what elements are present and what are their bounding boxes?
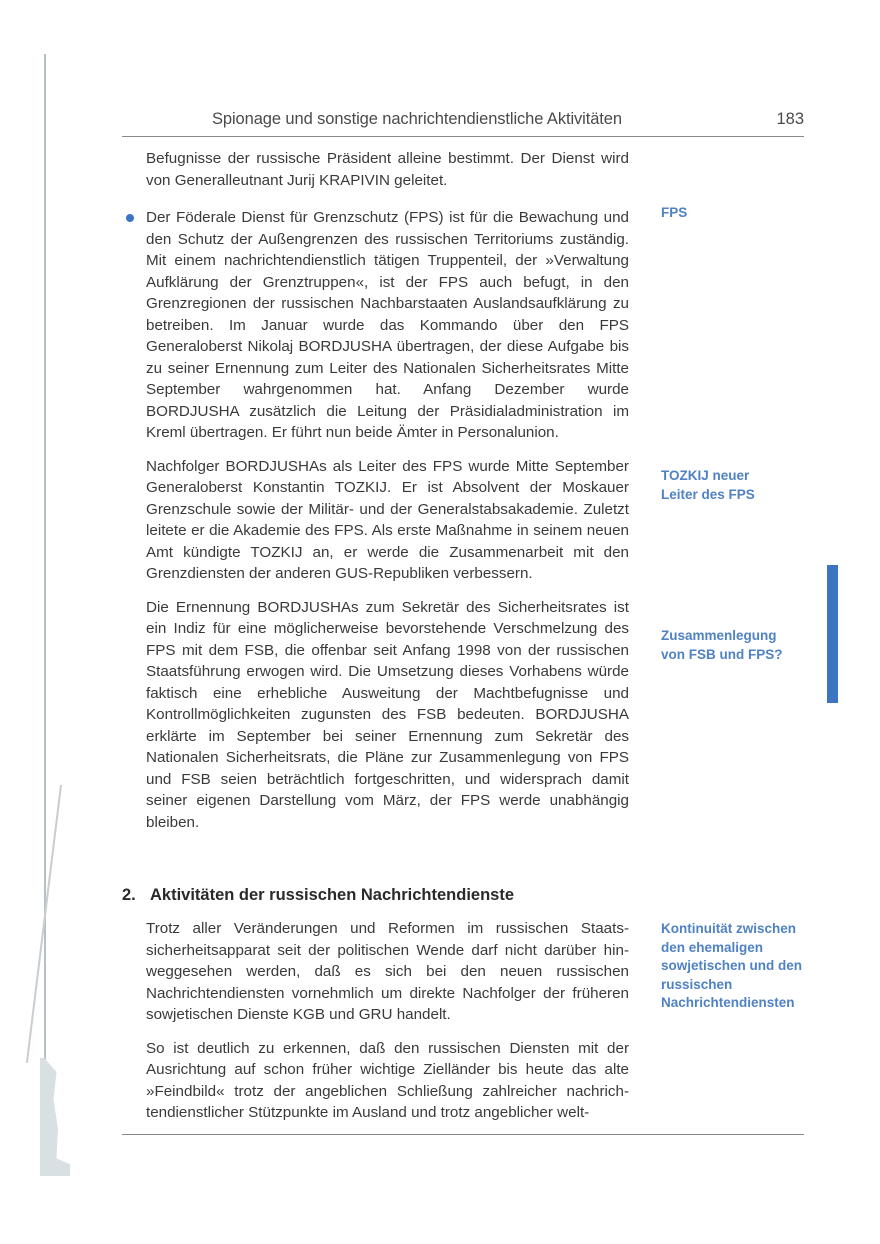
header-rule: [122, 136, 804, 137]
binding-tear: [40, 1058, 70, 1176]
section-heading: 2. Aktivitäten der russischen Nachrichte…: [122, 886, 629, 905]
running-head: Spionage und sonstige nachrichtendienstl…: [140, 108, 804, 134]
footer-rule: [122, 1134, 804, 1135]
page-number: 183: [776, 110, 804, 129]
margin-note-tozkij: TOZKIJ neuer Leiter des FPS: [661, 467, 781, 504]
paragraph-merger: Die Ernennung BORDJUSHAs zum Sekretär de…: [146, 597, 629, 834]
paragraph-continued: Befugnisse der russische Präsident allei…: [146, 148, 629, 191]
paragraph-tozkij: Nachfolger BORDJUSHAs als Leiter des FPS…: [146, 456, 629, 585]
paragraph-feindbild: So ist deutlich zu erkennen, daß den rus…: [146, 1038, 629, 1124]
section-number: 2.: [122, 886, 146, 905]
main-column: Befugnisse der russische Präsident allei…: [146, 148, 629, 845]
margin-note-merger: Zusammenlegung von FSB und FPS?: [661, 627, 801, 664]
margin-note-continuity: Kontinuität zwischen den ehemaligen sowj…: [661, 920, 821, 1013]
margin-note-fps: FPS: [661, 204, 821, 223]
section-body: Trotz aller Veränderungen und Reformen i…: [146, 918, 629, 1136]
running-head-title: Spionage und sonstige nachrichtendienstl…: [212, 110, 622, 129]
bullet-item-fps: Der Föderale Dienst für Grenzschutz (FPS…: [146, 207, 629, 444]
bullet-icon: [126, 214, 134, 222]
paragraph-continuity: Trotz aller Veränderungen und Reformen i…: [146, 918, 629, 1026]
binding-line: [44, 54, 46, 1174]
section-title: Aktivitäten der russischen Nachrichtendi…: [150, 886, 514, 904]
chapter-thumb-tab: [827, 565, 838, 703]
paragraph-fps: Der Föderale Dienst für Grenzschutz (FPS…: [146, 207, 629, 444]
